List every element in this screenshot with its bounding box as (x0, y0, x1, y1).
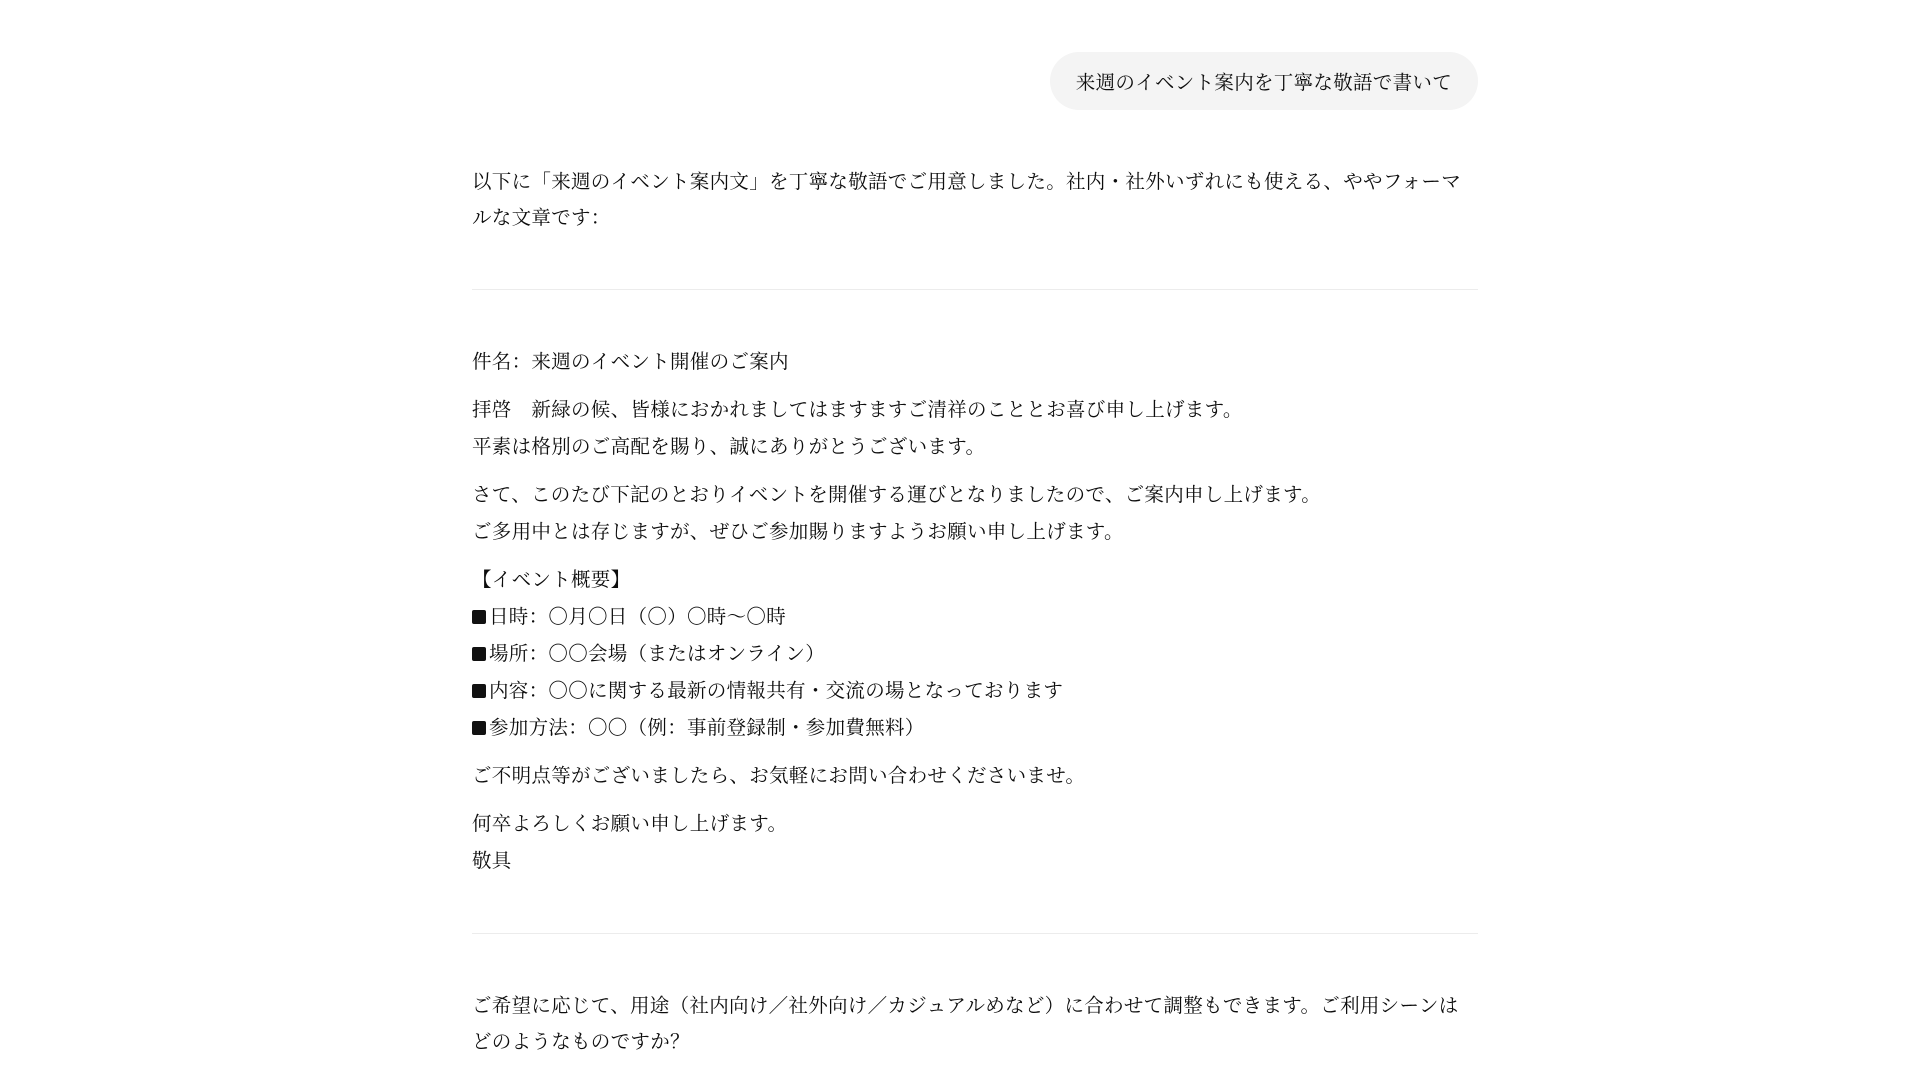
inquiry-line: ご不明点等がございましたら、お気軽にお問い合わせくださいませ。 (472, 757, 1478, 794)
letter-body: さて、このたび下記のとおりイベントを開催する運びとなりましたので、ご案内申し上げ… (472, 476, 1478, 550)
overview-heading: 【イベント概要】 (472, 561, 1478, 598)
overview-item: 日時：〇月〇日（〇）〇時〜〇時 (472, 598, 1478, 635)
letter-greeting: 拝啓 新緑の候、皆様におかれましてはますますご清祥のこととお喜び申し上げます。 … (472, 391, 1478, 465)
black-square-bullet-icon (472, 721, 486, 735)
letter-subject: 件名：来週のイベント開催のご案内 (472, 343, 1478, 380)
overview-item-text: 場所：〇〇会場（またはオンライン） (489, 642, 825, 665)
black-square-bullet-icon (472, 647, 486, 661)
overview-item: 内容：〇〇に関する最新の情報共有・交流の場となっております (472, 672, 1478, 709)
black-square-bullet-icon (472, 610, 486, 624)
event-overview: 【イベント概要】 日時：〇月〇日（〇）〇時〜〇時 場所：〇〇会場（またはオンライ… (472, 561, 1478, 746)
assistant-intro: 以下に「来週のイベント案内文」を丁寧な敬語でご用意しました。社内・社外いずれにも… (472, 164, 1478, 236)
overview-item-text: 日時：〇月〇日（〇）〇時〜〇時 (489, 605, 786, 628)
assistant-outro: ご希望に応じて、用途（社内向け／社外向け／カジュアルめなど）に合わせて調整もでき… (472, 988, 1478, 1060)
body-line: ご多用中とは存じますが、ぜひご参加賜りますようお願い申し上げます。 (472, 513, 1478, 550)
overview-item-text: 内容：〇〇に関する最新の情報共有・交流の場となっております (489, 679, 1063, 702)
greeting-line: 拝啓 新緑の候、皆様におかれましてはますますご清祥のこととお喜び申し上げます。 (472, 391, 1478, 428)
letter-closing: 何卒よろしくお願い申し上げます。 敬具 (472, 805, 1478, 879)
body-line: さて、このたび下記のとおりイベントを開催する運びとなりましたので、ご案内申し上げ… (472, 476, 1478, 513)
overview-item-text: 参加方法：〇〇（例：事前登録制・参加費無料） (489, 716, 925, 739)
overview-item: 場所：〇〇会場（またはオンライン） (472, 635, 1478, 672)
user-message-bubble: 来週のイベント案内を丁寧な敬語で書いて (1050, 52, 1478, 110)
assistant-message: 以下に「来週のイベント案内文」を丁寧な敬語でご用意しました。社内・社外いずれにも… (472, 164, 1478, 1060)
divider (472, 933, 1478, 934)
event-letter: 件名：来週のイベント開催のご案内 拝啓 新緑の候、皆様におかれましてはますますご… (472, 343, 1478, 879)
closing-line: 敬具 (472, 842, 1478, 879)
user-message-text: 来週のイベント案内を丁寧な敬語で書いて (1076, 67, 1452, 95)
greeting-line: 平素は格別のご高配を賜り、誠にありがとうございます。 (472, 428, 1478, 465)
letter-inquiry: ご不明点等がございましたら、お気軽にお問い合わせくださいませ。 (472, 757, 1478, 794)
divider (472, 289, 1478, 290)
overview-item: 参加方法：〇〇（例：事前登録制・参加費無料） (472, 709, 1478, 746)
chat-thread: 来週のイベント案内を丁寧な敬語で書いて 以下に「来週のイベント案内文」を丁寧な敬… (472, 0, 1478, 1060)
closing-line: 何卒よろしくお願い申し上げます。 (472, 805, 1478, 842)
letter-subject-block: 件名：来週のイベント開催のご案内 (472, 343, 1478, 380)
user-message-row: 来週のイベント案内を丁寧な敬語で書いて (472, 52, 1478, 110)
black-square-bullet-icon (472, 684, 486, 698)
